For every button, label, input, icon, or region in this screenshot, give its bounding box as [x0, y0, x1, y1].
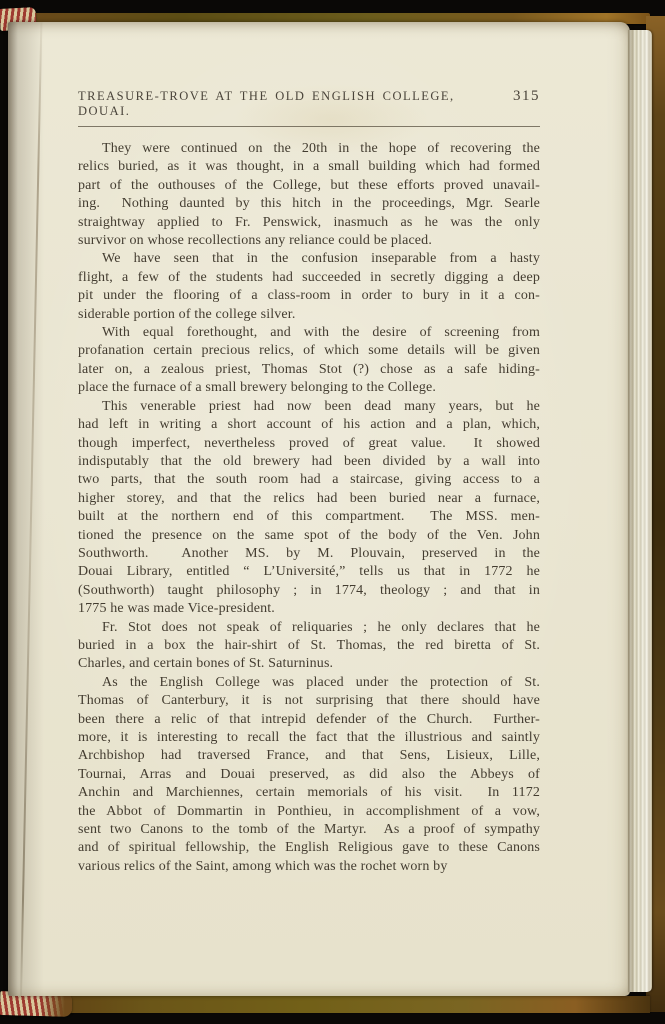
page-number: 315: [513, 88, 540, 105]
paragraph: They were continued on the 20th in the h…: [78, 140, 540, 250]
text-line: the Abbot of Dommartin in Ponthieu, in a…: [78, 803, 540, 821]
text-line: They were continued on the 20th in the h…: [78, 140, 540, 158]
text-line: ing. Nothing daunted by this hitch in th…: [78, 195, 540, 213]
text-line: survivor on whose recollections any reli…: [78, 232, 540, 250]
cover-bottom-edge: [28, 996, 650, 1013]
text-line: been there a relic of that intrepid defe…: [78, 711, 540, 729]
gutter-shadow: [8, 22, 44, 996]
book-page: TREASURE-TROVE AT THE OLD ENGLISH COLLEG…: [8, 22, 630, 996]
text-line: more, it is interesting to recall the fa…: [78, 729, 540, 747]
text-line: siderable portion of the college silver.: [78, 306, 540, 324]
page-crease: [20, 22, 42, 996]
text-line: As the English College was placed under …: [78, 674, 540, 692]
text-line: We have seen that in the confusion insep…: [78, 250, 540, 268]
text-line: pit under the flooring of a class-room i…: [78, 287, 540, 305]
text-line: (Southworth) taught philosophy ; in 1774…: [78, 582, 540, 600]
text-line: flight, a few of the students had succee…: [78, 269, 540, 287]
text-line: straightway applied to Fr. Penswick, ina…: [78, 214, 540, 232]
text-line: Tournai, Arras and Douai preserved, as d…: [78, 766, 540, 784]
page-header: TREASURE-TROVE AT THE OLD ENGLISH COLLEG…: [78, 88, 540, 119]
paragraph: This venerable priest had now been dead …: [78, 398, 540, 619]
header-rule: [78, 126, 540, 127]
text-line: and of spiritual fellowship, the English…: [78, 839, 540, 857]
text-line: Archbishop had traversed France, and tha…: [78, 747, 540, 765]
text-line: buried in a box the hair-shirt of St. Th…: [78, 637, 540, 655]
text-line: indisputably that the old brewery had be…: [78, 453, 540, 471]
text-line: higher storey, and that the relics had b…: [78, 490, 540, 508]
paragraph: We have seen that in the confusion insep…: [78, 250, 540, 324]
text-line: Thomas of Canterbury, it is not surprisi…: [78, 692, 540, 710]
text-line: Charles, and certain bones of St. Saturn…: [78, 655, 540, 673]
text-line: later on, a zealous priest, Thomas Stot …: [78, 361, 540, 379]
text-line: though imperfect, nevertheless proved of…: [78, 435, 540, 453]
text-line: Fr. Stot does not speak of reliquaries ;…: [78, 619, 540, 637]
text-line: profanation certain precious relics, of …: [78, 342, 540, 360]
text-line: With equal forethought, and with the des…: [78, 324, 540, 342]
paragraph: With equal forethought, and with the des…: [78, 324, 540, 398]
text-line: sent two Canons to the tomb of the Marty…: [78, 821, 540, 839]
body-text: They were continued on the 20th in the h…: [78, 140, 540, 876]
text-line: tioned the presence on the same spot of …: [78, 527, 540, 545]
text-line: part of the outhouses of the College, bu…: [78, 177, 540, 195]
running-title: TREASURE-TROVE AT THE OLD ENGLISH COLLEG…: [78, 89, 513, 119]
paragraph: As the English College was placed under …: [78, 674, 540, 876]
text-line: had left in writing a short account of h…: [78, 416, 540, 434]
text-line: 1775 he was made Vice-president.: [78, 600, 540, 618]
text-line: Douai Library, entitled “ L’Université,”…: [78, 563, 540, 581]
text-line: built at the northern end of this compar…: [78, 508, 540, 526]
book-scan: TREASURE-TROVE AT THE OLD ENGLISH COLLEG…: [0, 0, 665, 1024]
text-line: various relics of the Saint, among which…: [78, 858, 540, 876]
text-line: This venerable priest had now been dead …: [78, 398, 540, 416]
paragraph: Fr. Stot does not speak of reliquaries ;…: [78, 619, 540, 674]
text-line: place the furnace of a small brewery bel…: [78, 379, 540, 397]
text-line: relics buried, as it was thought, in a s…: [78, 158, 540, 176]
text-line: two parts, that the south room had a sta…: [78, 471, 540, 489]
text-line: Southworth. Another MS. by M. Plouvain, …: [78, 545, 540, 563]
text-line: Anchin and Marchiennes, certain memorial…: [78, 784, 540, 802]
fore-edge-pages: [628, 30, 652, 992]
